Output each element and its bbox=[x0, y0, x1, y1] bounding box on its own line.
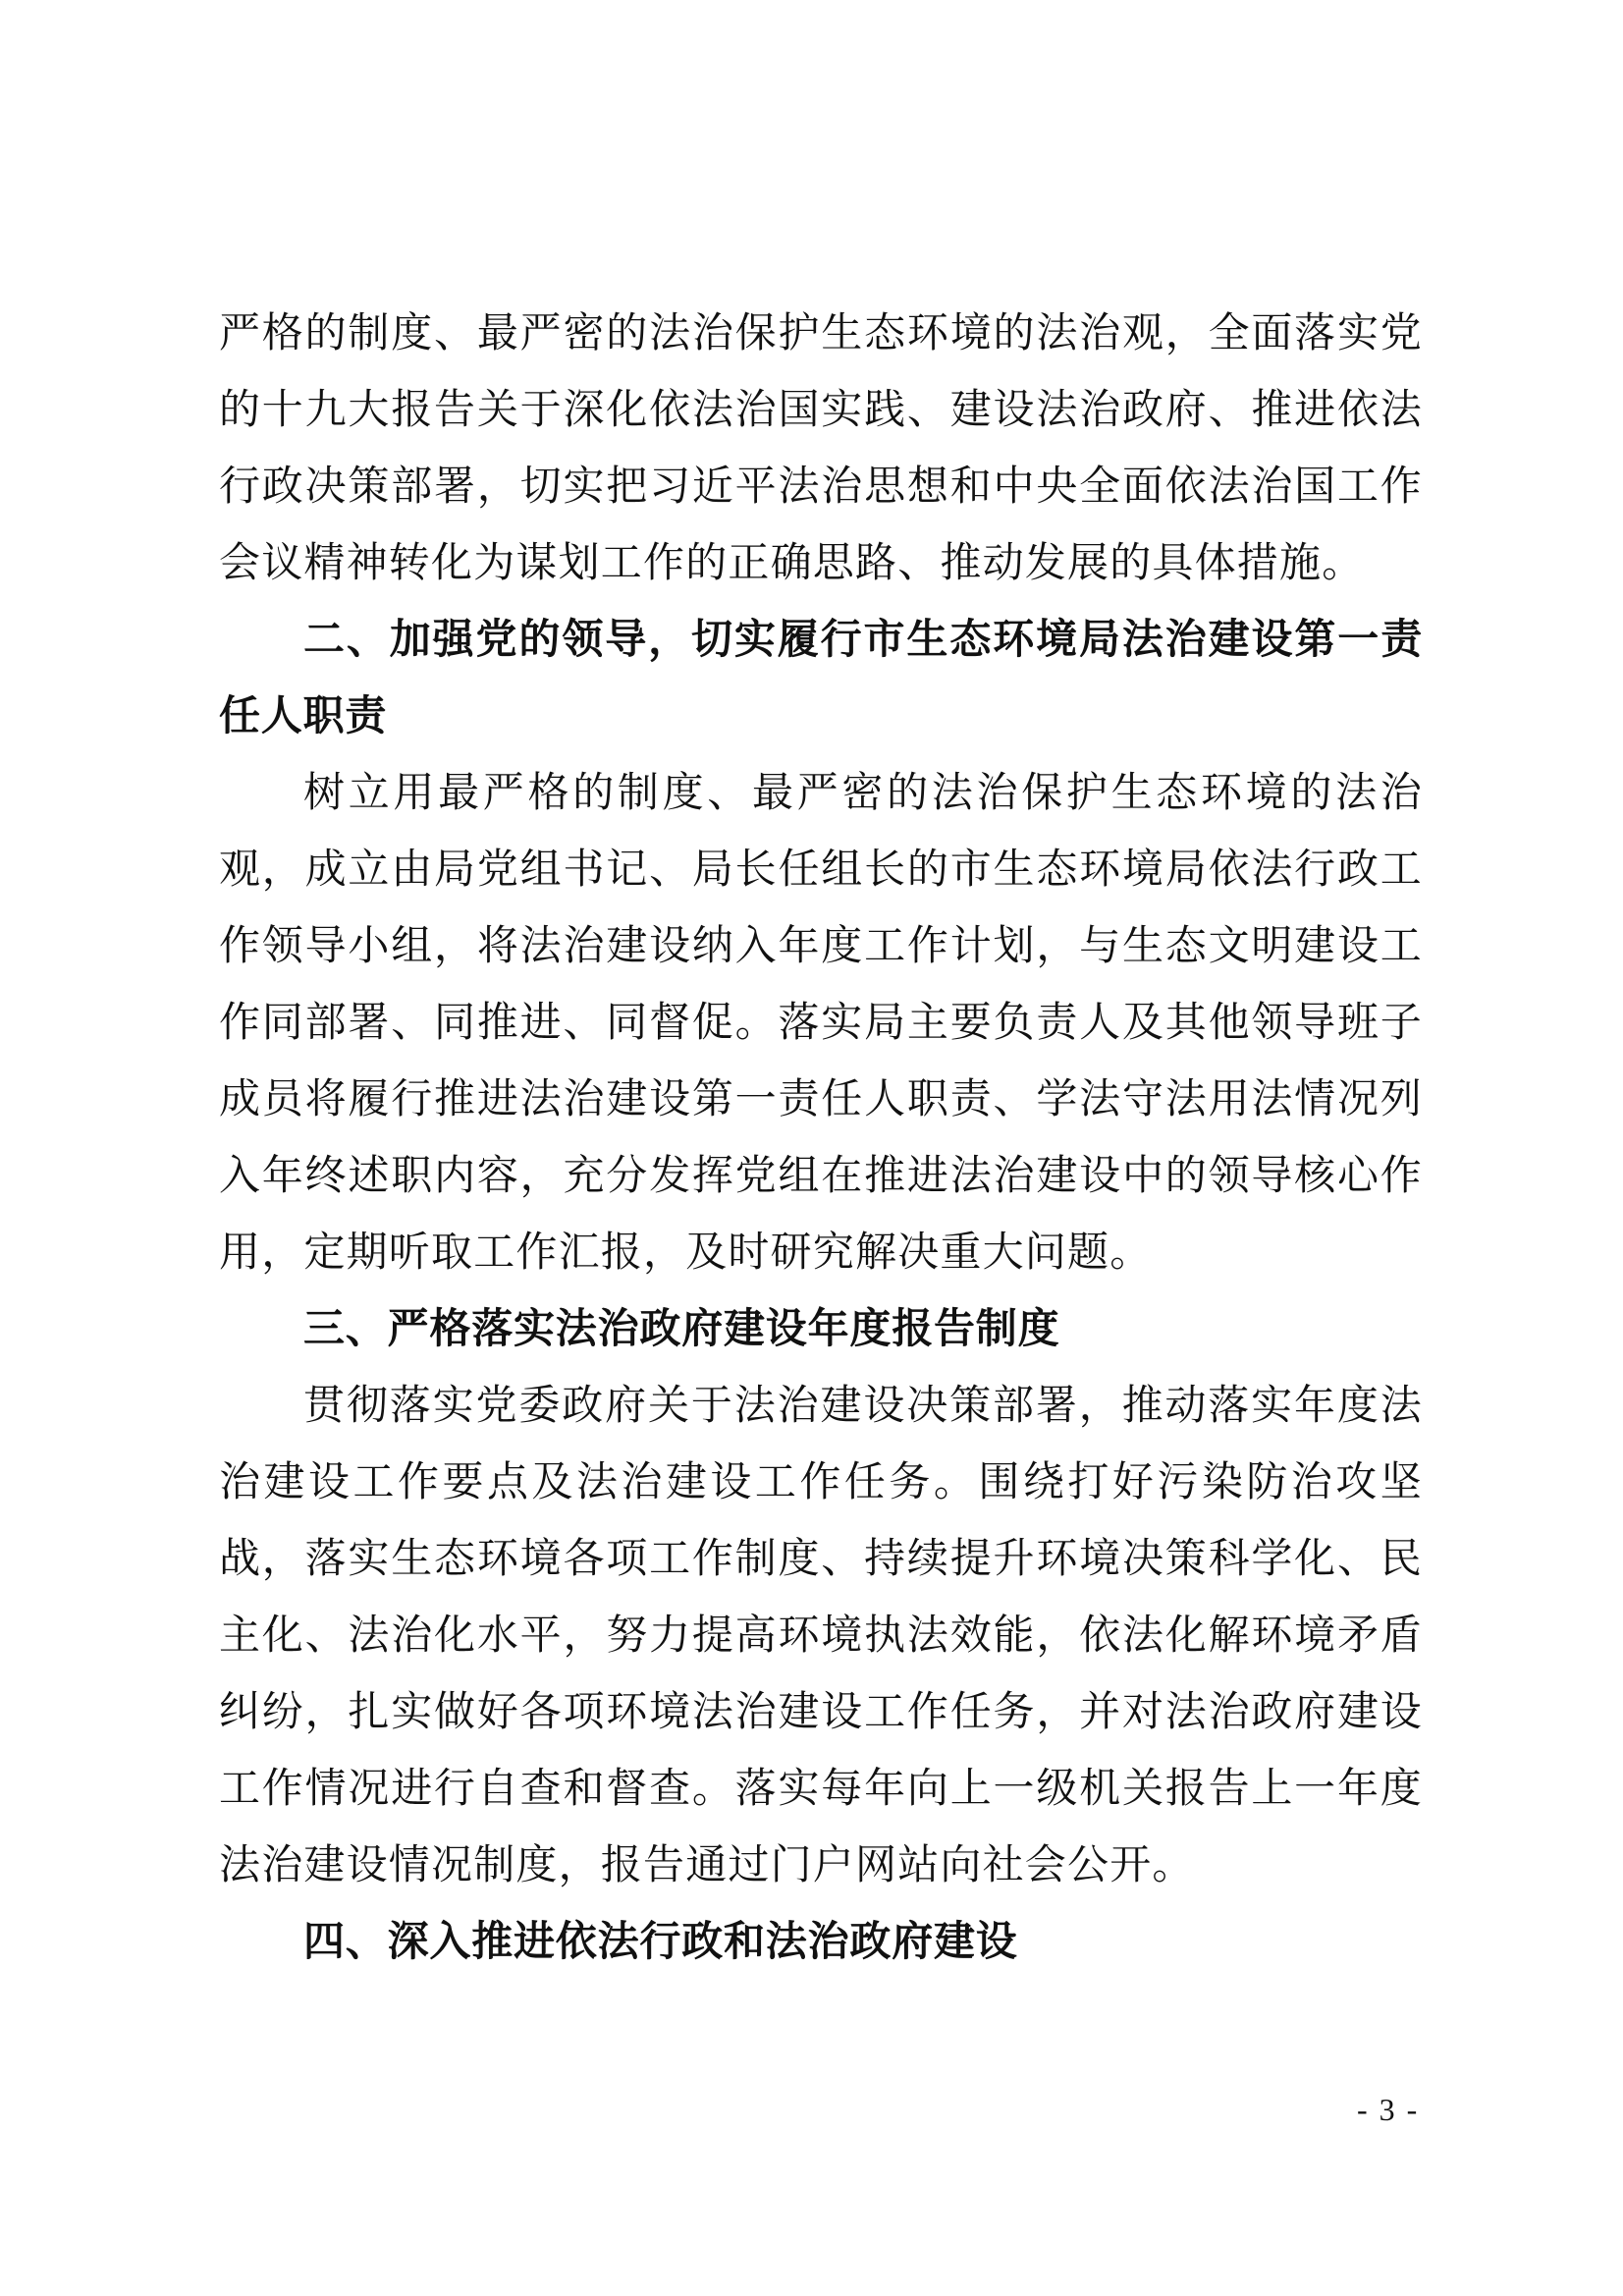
paragraph-section-3: 贯彻落实党委政府关于法治建设决策部署，推动落实年度法治建设工作要点及法治建设工作… bbox=[219, 1367, 1423, 1903]
section-heading-3: 三、严格落实法治政府建设年度报告制度 bbox=[219, 1290, 1423, 1367]
paragraph-continuation: 严格的制度、最严密的法治保护生态环境的法治观，全面落实党的十九大报告关于深化依法… bbox=[219, 295, 1423, 601]
section-heading-2: 二、加强党的领导，切实履行市生态环境局法治建设第一责任人职责 bbox=[219, 601, 1423, 754]
page-number: - 3 - bbox=[1357, 2092, 1419, 2128]
paragraph-section-2: 树立用最严格的制度、最严密的法治保护生态环境的法治观，成立由局党组书记、局长任组… bbox=[219, 754, 1423, 1290]
document-page: 严格的制度、最严密的法治保护生态环境的法治观，全面落实党的十九大报告关于深化依法… bbox=[219, 295, 1423, 1980]
section-heading-4: 四、深入推进依法行政和法治政府建设 bbox=[219, 1903, 1423, 1980]
